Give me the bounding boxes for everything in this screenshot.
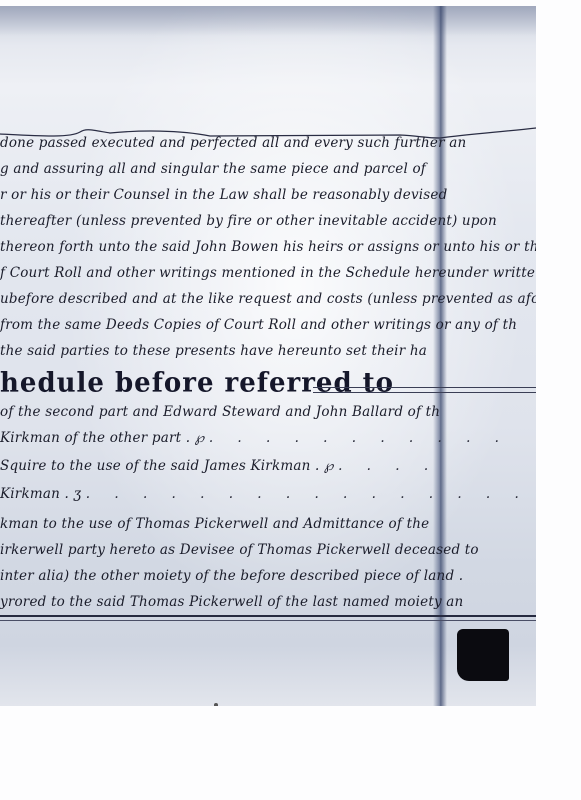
schedule-line-text: inter alia) the other moiety of the befo… bbox=[0, 568, 463, 584]
ink-fleck bbox=[214, 703, 218, 706]
text-line: thereon forth unto the said John Bowen h… bbox=[0, 239, 536, 255]
seal-blot bbox=[457, 629, 509, 681]
schedule-line: Kirkman . ʒ . . . . . . . . . . . . . . … bbox=[0, 486, 536, 502]
text-line: g and assuring all and singular the same… bbox=[0, 161, 536, 177]
schedule-line: yrored to the said Thomas Pickerwell of … bbox=[0, 594, 536, 610]
schedule-line-text: Squire to the use of the said James Kirk… bbox=[0, 458, 334, 474]
text-line: from the same Deeds Copies of Court Roll… bbox=[0, 317, 536, 333]
schedule-line-text: Kirkman of the other part . ℘ bbox=[0, 430, 204, 446]
schedule-line: kman to the use of Thomas Pickerwell and… bbox=[0, 516, 536, 532]
dot-leader: . . . . . . . . . . . . . . . . . . bbox=[86, 486, 536, 502]
schedule-line-text: Kirkman . ʒ bbox=[0, 486, 81, 502]
text-line: r or his or their Counsel in the Law sha… bbox=[0, 187, 536, 203]
heading-double-rule bbox=[313, 387, 536, 393]
text-line: thereafter (unless prevented by fire or … bbox=[0, 213, 536, 229]
text-line: ubefore described and at the like reques… bbox=[0, 291, 536, 307]
schedule-line-text: kman to the use of Thomas Pickerwell and… bbox=[0, 516, 429, 532]
schedule-line-text: of the second part and Edward Steward an… bbox=[0, 404, 440, 420]
dot-leader: . . . . . . . . . . . bbox=[209, 430, 509, 446]
schedule-line: irkerwell party hereto as Devisee of Tho… bbox=[0, 542, 536, 558]
schedule-line: inter alia) the other moiety of the befo… bbox=[0, 568, 536, 584]
schedule-heading: hedule before referred to bbox=[0, 367, 394, 399]
text-line: the said parties to these presents have … bbox=[0, 343, 536, 359]
text-line: f Court Roll and other writings mentione… bbox=[0, 265, 536, 281]
dot-leader: . . . . bbox=[338, 458, 438, 474]
document-page: done passed executed and perfected all a… bbox=[0, 6, 536, 706]
text-line: done passed executed and perfected all a… bbox=[0, 135, 536, 151]
schedule-line-text: yrored to the said Thomas Pickerwell of … bbox=[0, 594, 463, 610]
schedule-line: Kirkman of the other part . ℘ . . . . . … bbox=[0, 430, 536, 446]
schedule-line: Squire to the use of the said James Kirk… bbox=[0, 458, 536, 474]
bottom-double-rule bbox=[0, 615, 536, 621]
schedule-line-text: irkerwell party hereto as Devisee of Tho… bbox=[0, 542, 479, 558]
schedule-line: of the second part and Edward Steward an… bbox=[0, 404, 536, 420]
